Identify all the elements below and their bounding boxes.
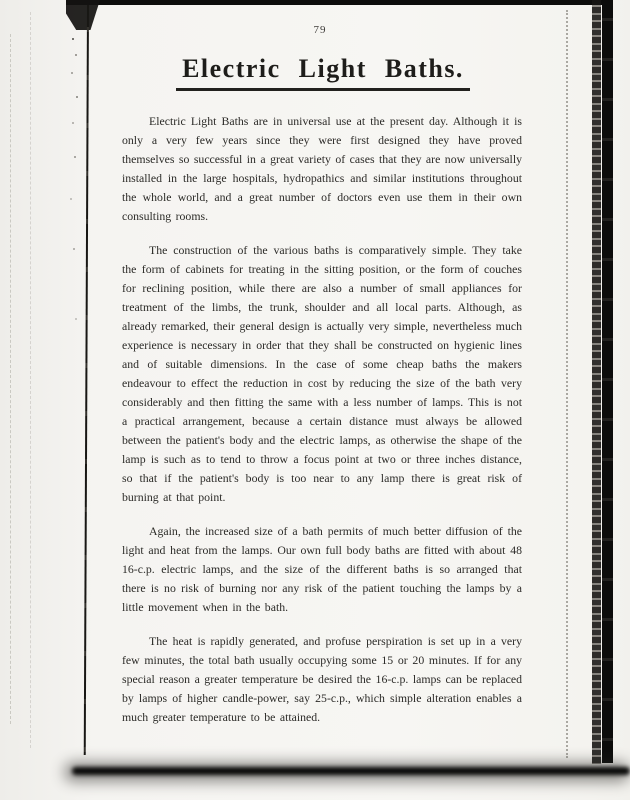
scan-artifact-speckles <box>72 38 74 40</box>
scan-artifact-left-dashed-line-2 <box>30 12 31 748</box>
scan-artifact-top-bar <box>66 0 612 5</box>
paragraph: The heat is rapidly generated, and profu… <box>122 632 522 727</box>
paragraph: The construction of the various baths is… <box>122 241 522 507</box>
paragraph: Electric Light Baths are in universal us… <box>122 112 522 226</box>
scan-artifact-right-band-inner <box>602 0 613 763</box>
scanned-page: { "page": { "page_number": "79", "title"… <box>0 0 630 800</box>
scan-artifact-left-dashed-line-1 <box>10 34 11 724</box>
page-title: Electric Light Baths. <box>0 54 630 91</box>
paragraph: Again, the increased size of a bath perm… <box>122 522 522 617</box>
page-body: Electric Light Baths are in universal us… <box>122 112 522 742</box>
page-title-text: Electric Light Baths. <box>176 54 470 91</box>
scan-artifact-right-band-outer <box>592 0 601 764</box>
scan-artifact-bottom-fuzz <box>64 762 630 782</box>
scan-artifact-bottom-band <box>72 767 630 775</box>
scan-artifact-right-dotted-line <box>566 10 568 758</box>
scan-artifact-spine-line <box>84 5 89 755</box>
page-number: 79 <box>0 24 630 36</box>
